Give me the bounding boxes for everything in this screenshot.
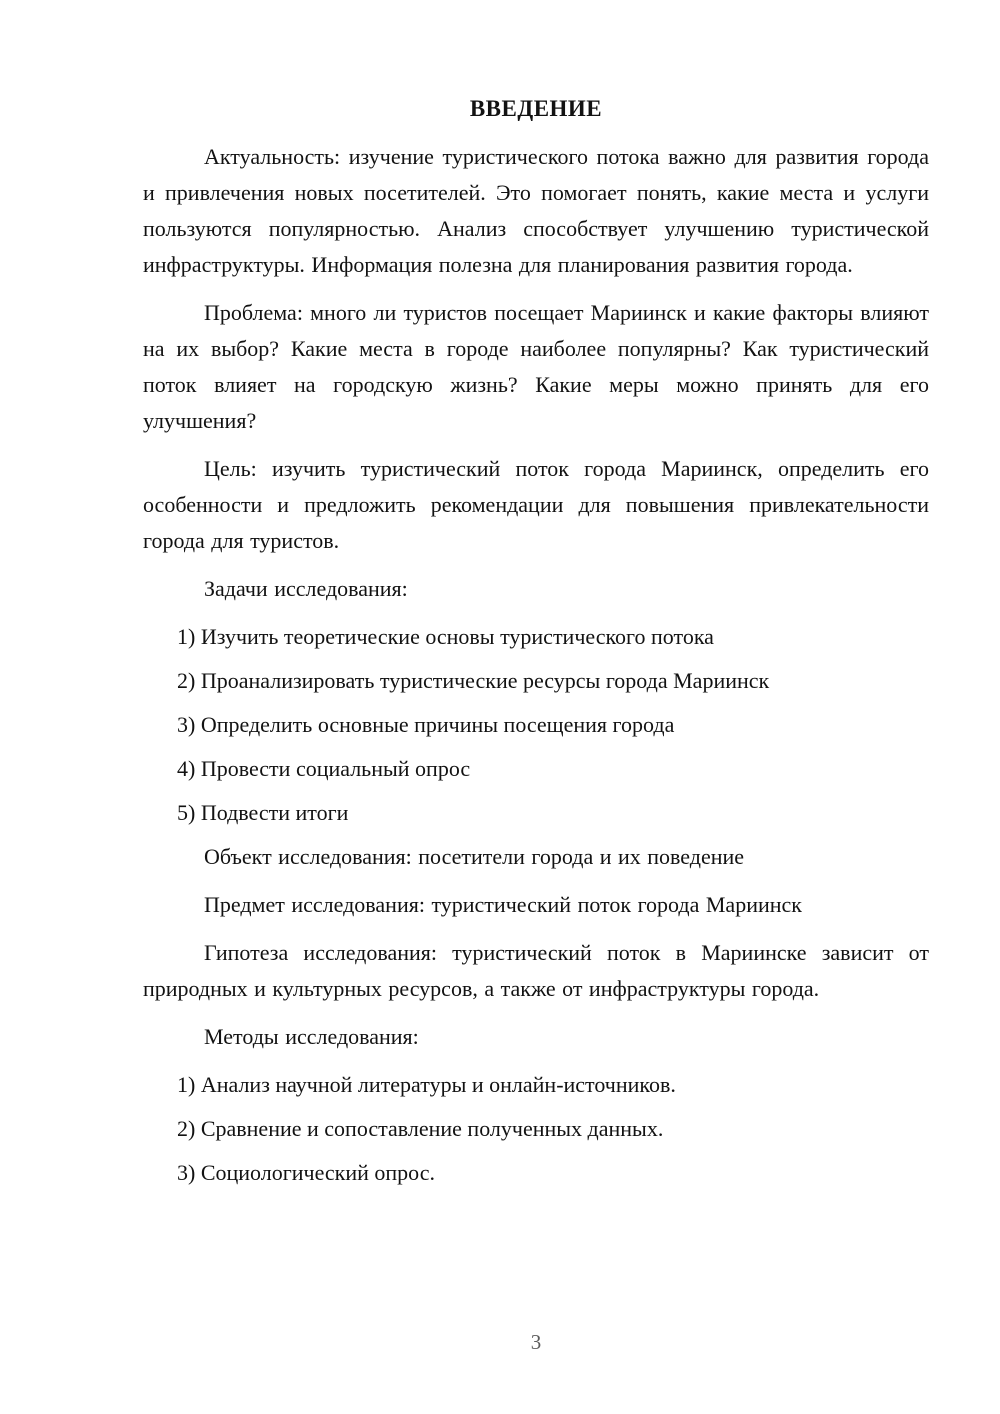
paragraph-problem: Проблема: много ли туристов посещает Мар…: [143, 295, 929, 439]
paragraph-hypothesis: Гипотеза исследования: туристический пот…: [143, 935, 929, 1007]
task-item-2: 2) Проанализировать туристические ресурс…: [143, 663, 929, 699]
methods-heading: Методы исследования:: [143, 1019, 929, 1055]
document-page: ВВЕДЕНИЕ Актуальность: изучение туристич…: [0, 0, 1000, 1414]
task-item-3: 3) Определить основные причины посещения…: [143, 707, 929, 743]
paragraph-subject: Предмет исследования: туристический пото…: [143, 887, 929, 923]
method-item-1: 1) Анализ научной литературы и онлайн-ис…: [143, 1067, 929, 1103]
tasks-heading: Задачи исследования:: [143, 571, 929, 607]
document-content: ВВЕДЕНИЕ Актуальность: изучение туристич…: [143, 95, 929, 1199]
page-title: ВВЕДЕНИЕ: [143, 95, 929, 123]
method-item-3: 3) Социологический опрос.: [143, 1155, 929, 1191]
method-item-2: 2) Сравнение и сопоставление полученных …: [143, 1111, 929, 1147]
task-item-1: 1) Изучить теоретические основы туристич…: [143, 619, 929, 655]
paragraph-object: Объект исследования: посетители города и…: [143, 839, 929, 875]
task-item-5: 5) Подвести итоги: [143, 795, 929, 831]
page-number: 3: [143, 1328, 929, 1356]
task-item-4: 4) Провести социальный опрос: [143, 751, 929, 787]
paragraph-relevance: Актуальность: изучение туристического по…: [143, 139, 929, 283]
paragraph-goal: Цель: изучить туристический поток города…: [143, 451, 929, 559]
